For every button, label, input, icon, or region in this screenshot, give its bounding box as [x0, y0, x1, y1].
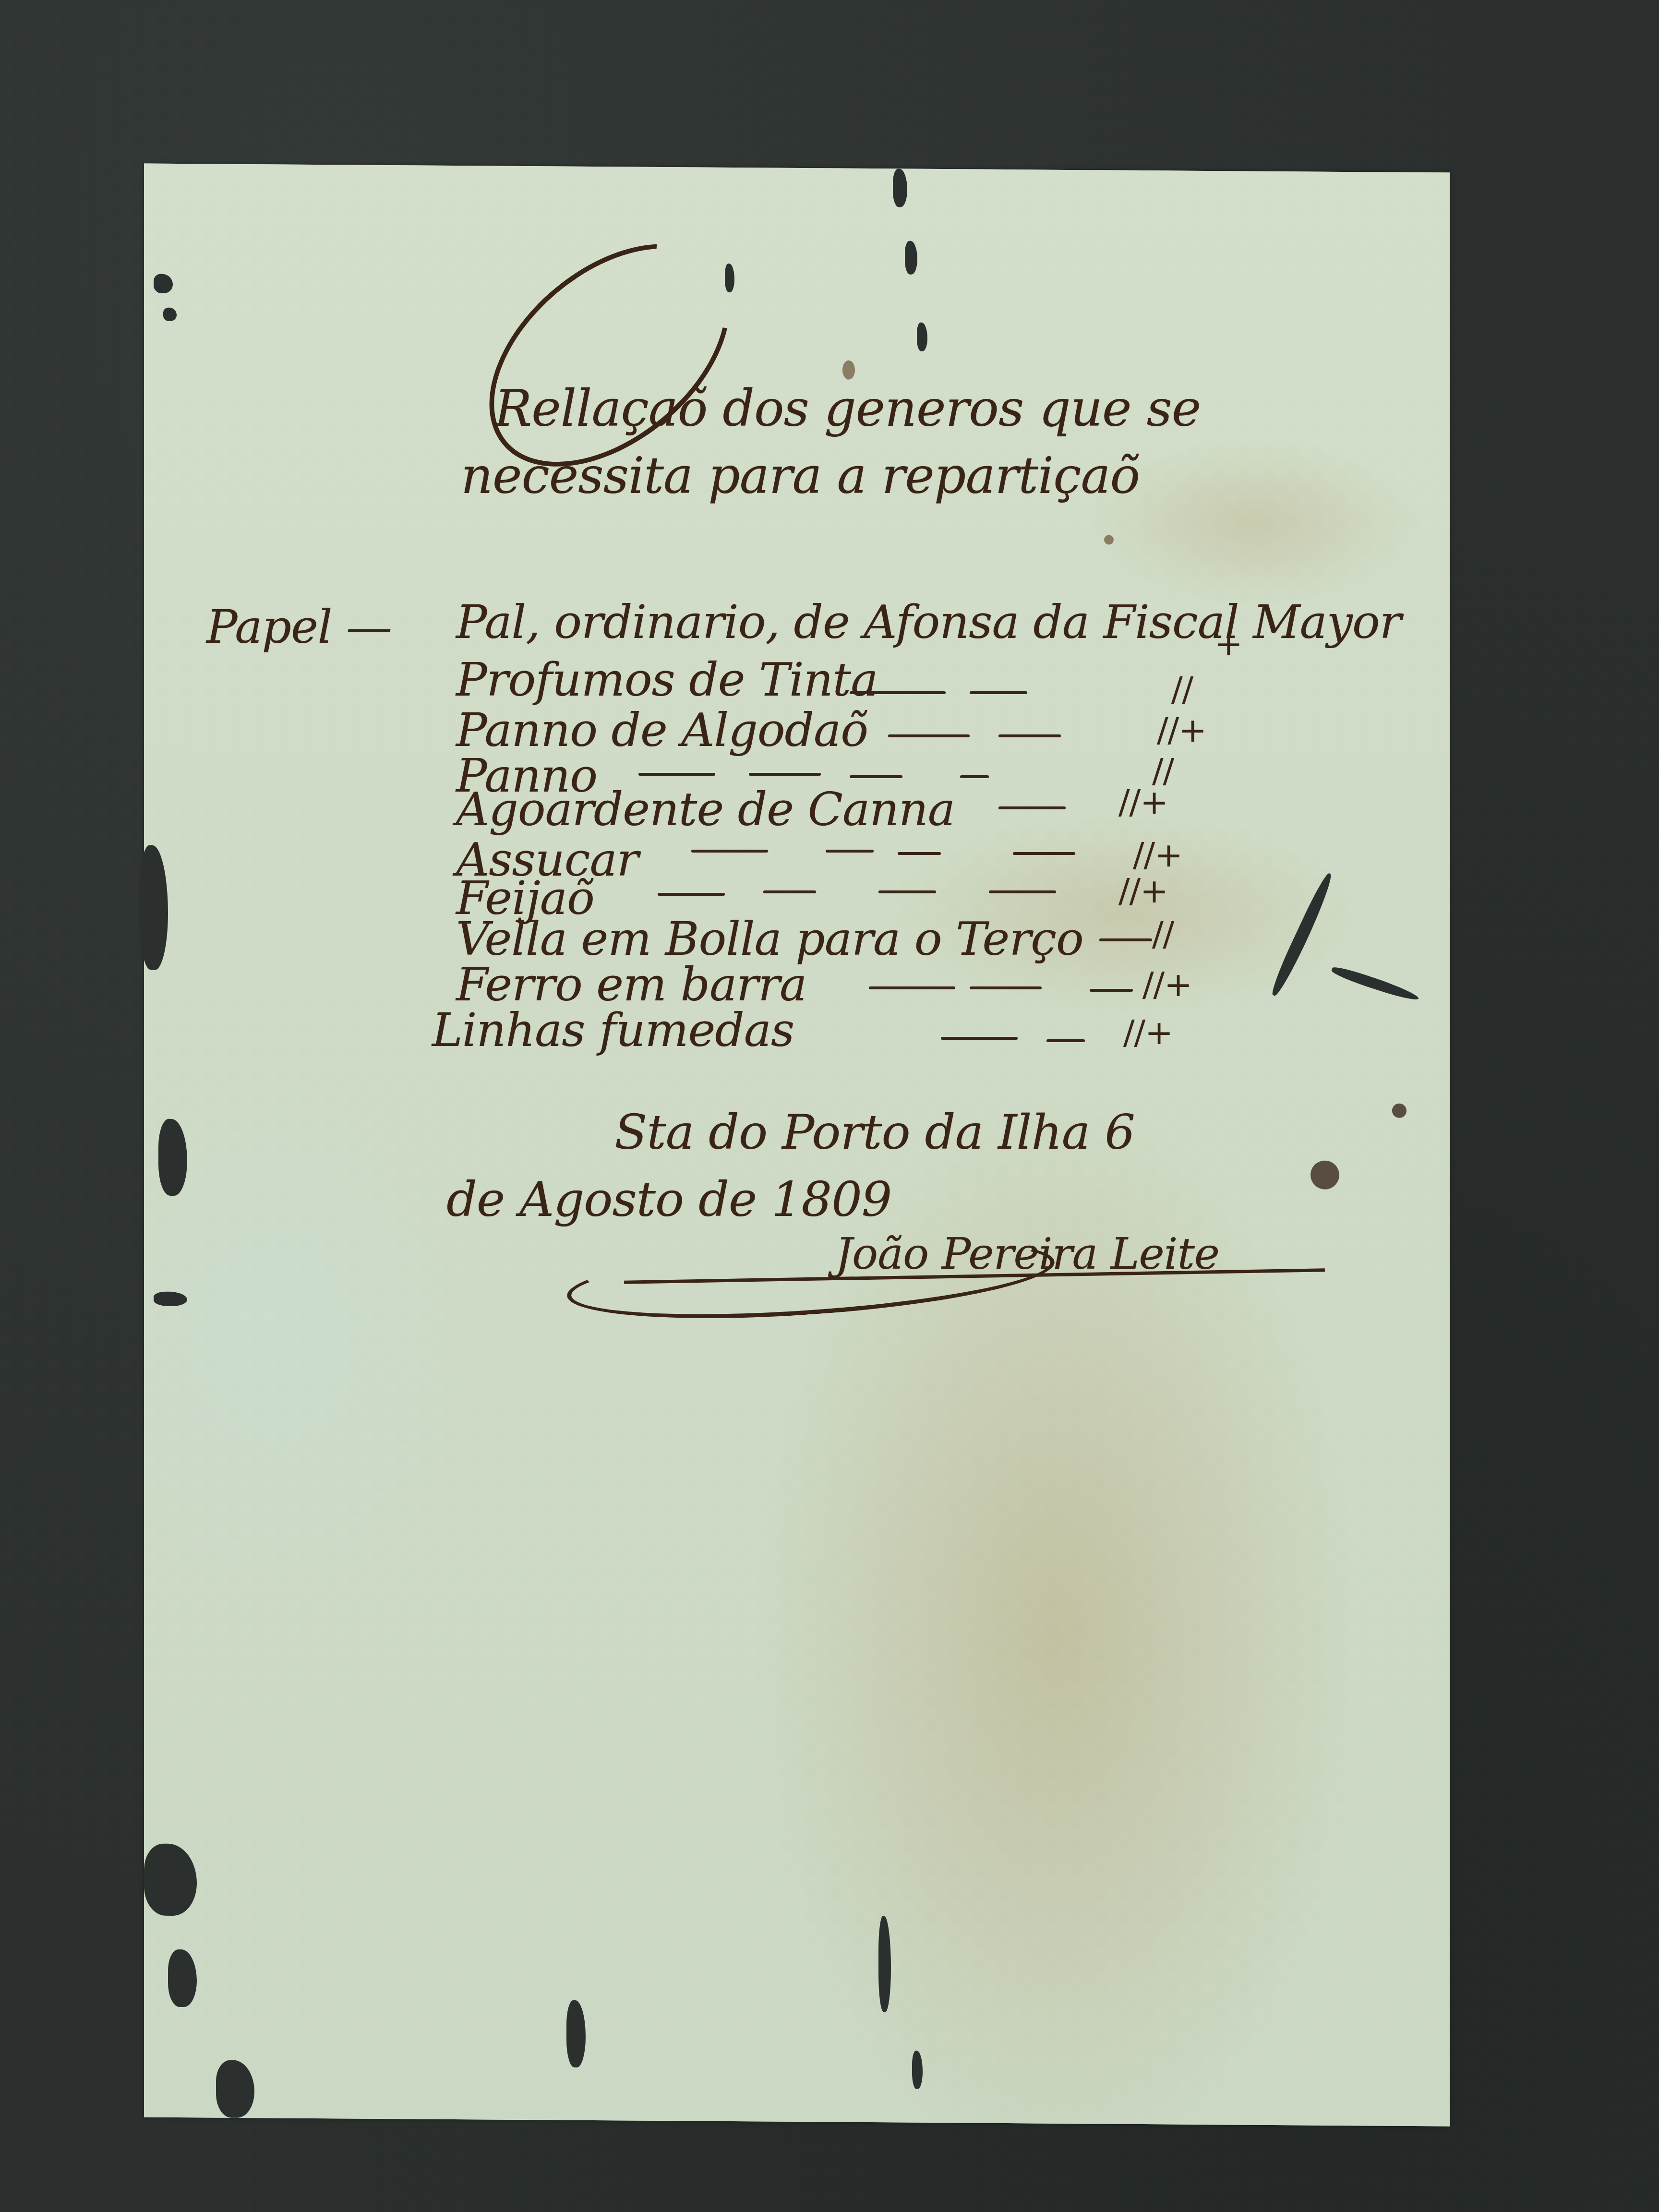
- category-label: Papel —: [206, 600, 392, 654]
- damage-hole: [566, 2000, 586, 2068]
- leader-line: [826, 850, 874, 853]
- leader-line: [658, 893, 725, 896]
- leader-line: [749, 773, 821, 776]
- leader-line: [850, 775, 902, 778]
- list-item-mark: //+: [1118, 782, 1168, 822]
- leader-line: [998, 734, 1061, 737]
- list-item-mark: //: [1171, 670, 1193, 709]
- damage-hole: [158, 1119, 187, 1196]
- leader-line: [898, 852, 941, 855]
- damage-hole: [163, 308, 177, 321]
- damage-hole: [917, 323, 927, 351]
- leader-line: [1046, 1039, 1085, 1042]
- list-item-mark: //+: [1123, 1013, 1173, 1052]
- damage-hole: [912, 2051, 923, 2089]
- damage-hole: [1330, 964, 1420, 1003]
- leader-line: [638, 773, 715, 776]
- leader-line: [960, 775, 989, 778]
- leader-line: [869, 986, 955, 989]
- damage-hole: [144, 1844, 197, 1916]
- damage-hole: [878, 1916, 891, 2012]
- damage-hole: [1268, 871, 1336, 998]
- damage-hole: [216, 2060, 254, 2118]
- document-title-line-2: necessita para a repartiçaõ: [461, 446, 1140, 505]
- dateline-date: de Agosto de 1809: [446, 1171, 891, 1227]
- leader-line: [691, 850, 768, 853]
- ink-stain: [1310, 1160, 1339, 1189]
- damage-hole: [154, 1292, 187, 1306]
- document-title-line-1: Rellaçaõ dos generos que se: [494, 379, 1201, 438]
- list-item-mark: //+: [1142, 965, 1192, 1004]
- damage-hole: [905, 241, 917, 275]
- damage-hole: [154, 274, 173, 293]
- leader-line: [888, 734, 970, 737]
- leader-line: [850, 691, 946, 694]
- leader-line: [878, 890, 936, 893]
- leader-line: [1090, 989, 1133, 992]
- leader-line: [970, 986, 1042, 989]
- list-item: Linhas fumedas: [432, 1003, 794, 1057]
- leader-line: [941, 1037, 1018, 1040]
- list-item: Agoardente de Canna: [456, 782, 955, 836]
- leader-line: [1099, 938, 1152, 941]
- leader-line: [998, 806, 1066, 809]
- leader-line: [763, 890, 816, 893]
- damage-hole: [139, 845, 168, 970]
- list-item: Profumos de Tinta: [456, 653, 878, 707]
- list-item-mark: //: [1152, 914, 1174, 954]
- list-item-mark: //+: [1133, 835, 1182, 875]
- leader-line: [1013, 852, 1075, 855]
- list-item-mark: +: [1214, 624, 1242, 663]
- leader-line: [970, 691, 1027, 694]
- list-item-mark: //+: [1118, 871, 1168, 911]
- list-item: Pal, ordinario, de Afonsa da Fiscal Mayo…: [456, 595, 1401, 649]
- ink-stain: [842, 361, 855, 380]
- dateline-place: Sta do Porto da Ilha 6: [614, 1104, 1135, 1160]
- signature: João Pereira Leite: [835, 1229, 1219, 1279]
- damage-hole: [893, 168, 907, 207]
- ink-stain: [1104, 535, 1114, 544]
- ink-stain: [1392, 1104, 1407, 1118]
- leader-line: [989, 890, 1056, 893]
- damage-hole: [168, 1949, 197, 2007]
- list-item-mark: //+: [1157, 710, 1206, 750]
